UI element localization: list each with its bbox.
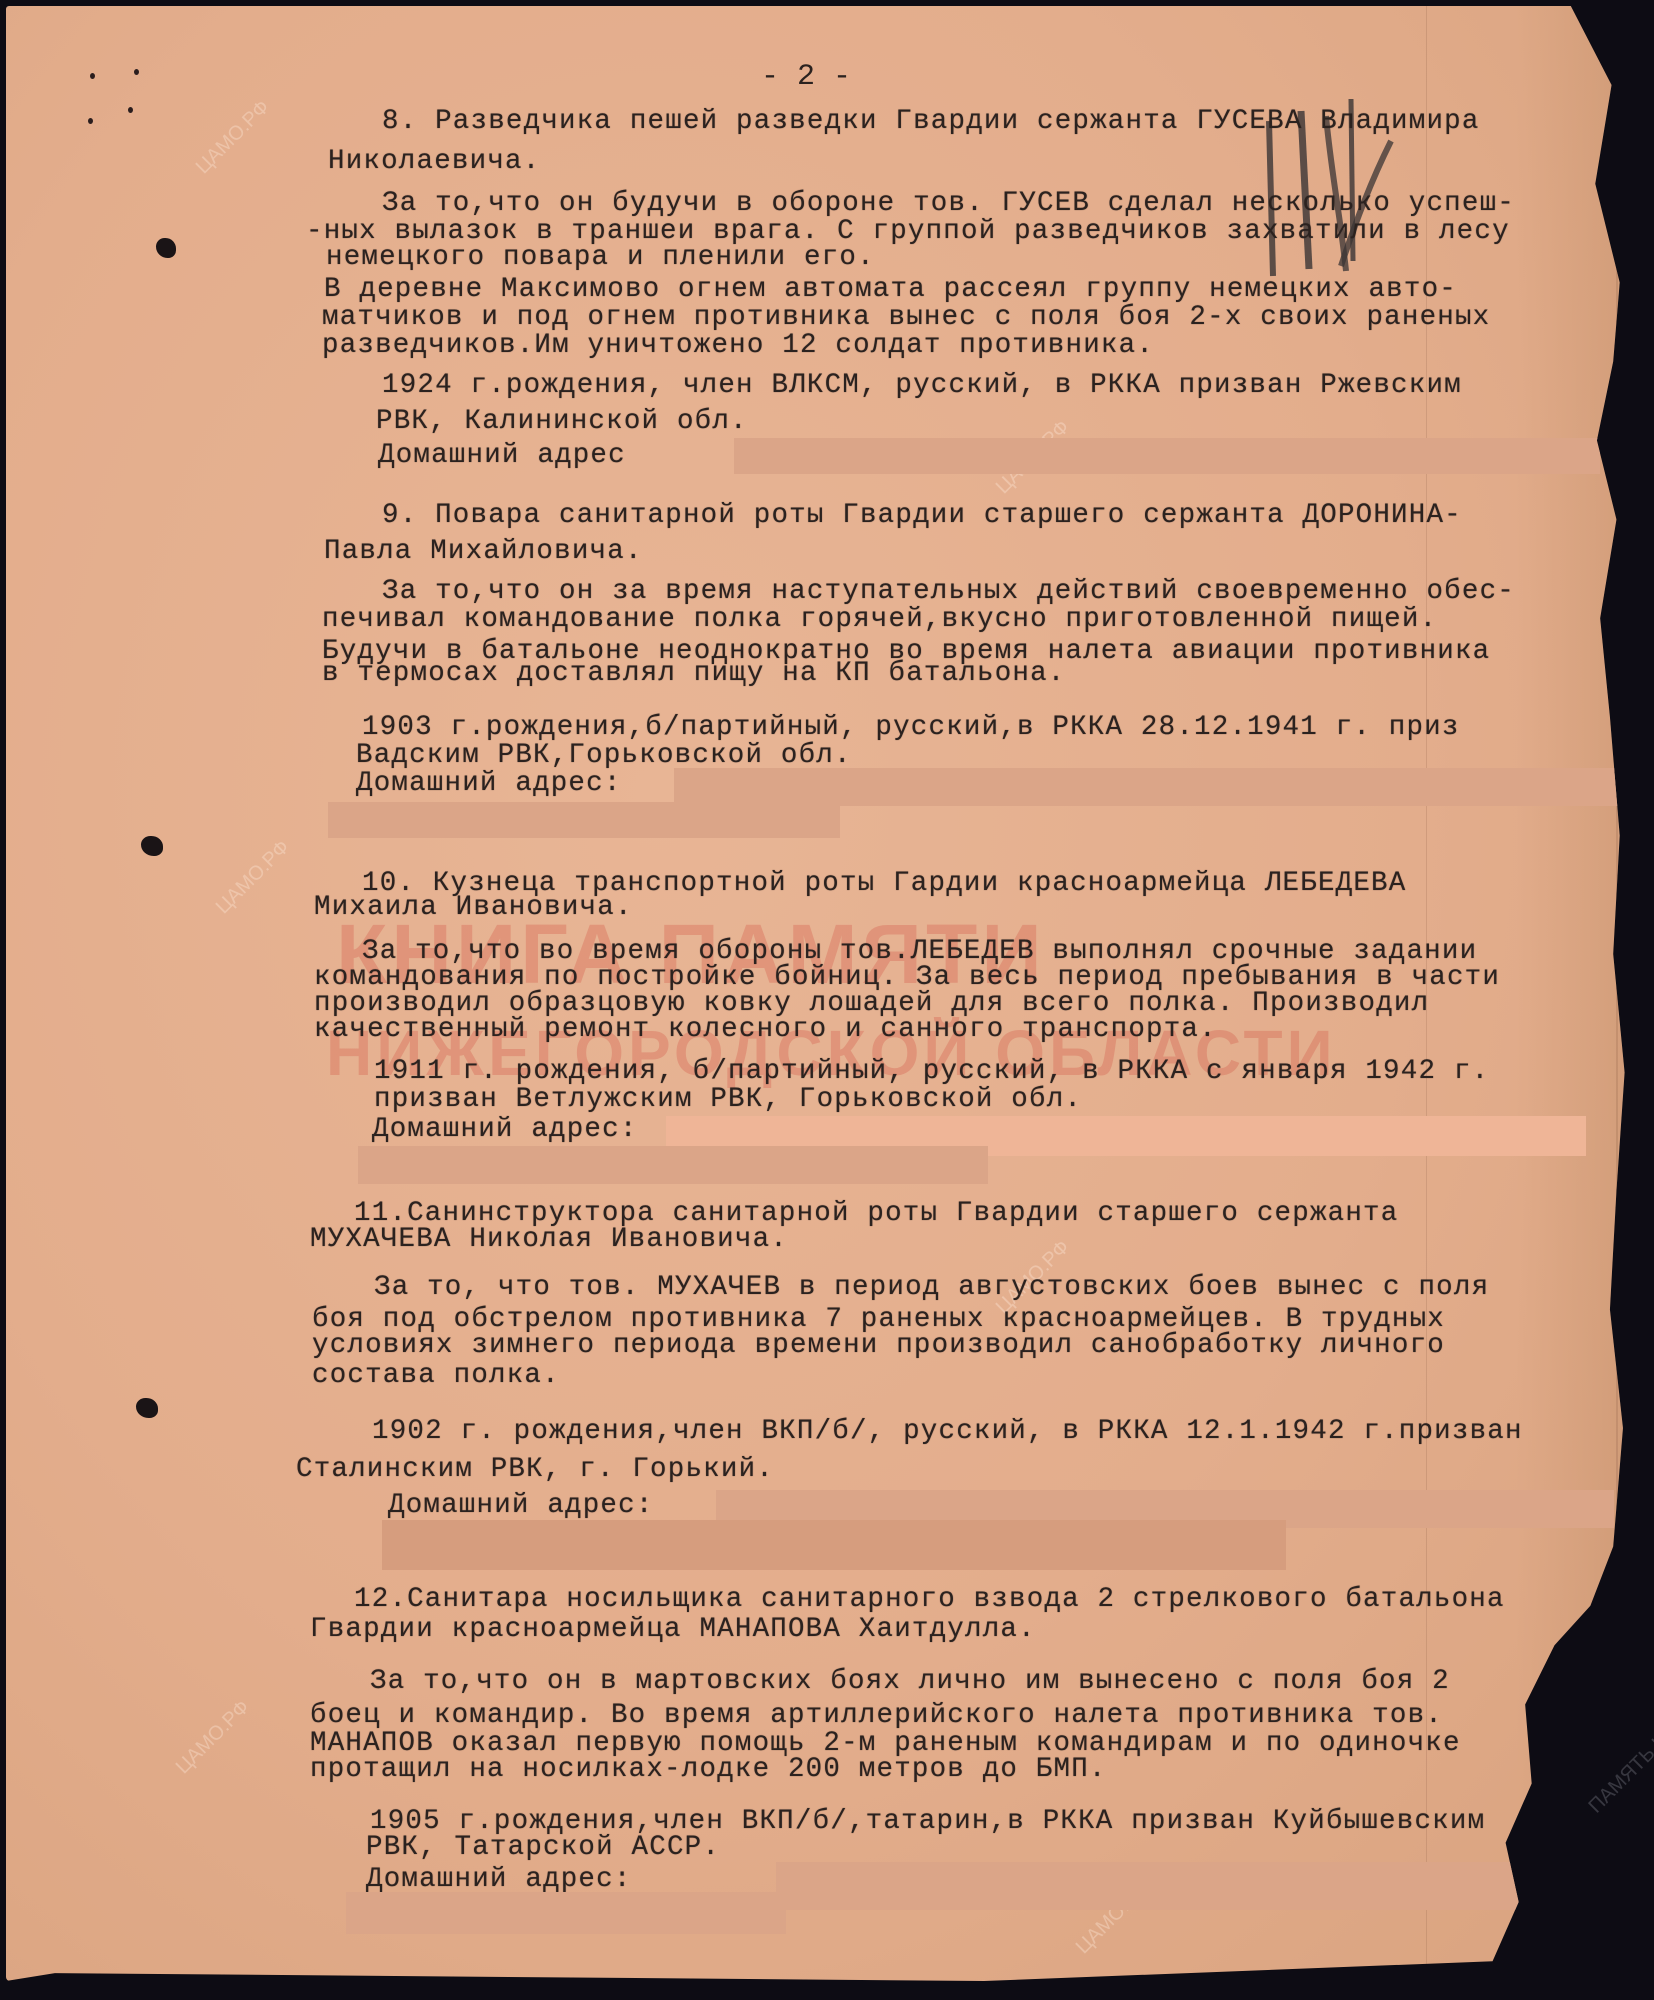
page-number: - 2 - bbox=[761, 60, 851, 94]
entry-11-line: За то, что тов. МУХАЧЕВ в период августо… bbox=[374, 1272, 1489, 1303]
entry-9-line: 1903 г.рождения,б/партийный, русский,в Р… bbox=[362, 712, 1460, 743]
entry-8-line: немецкого повара и пленили его. bbox=[326, 242, 875, 273]
redacted-address bbox=[328, 802, 840, 838]
archive-watermark: ЦАМО.РФ bbox=[192, 96, 275, 179]
punch-hole bbox=[136, 1398, 158, 1418]
entry-8-line: 8. Разведчика пешей разведки Гвардии сер… bbox=[382, 106, 1480, 137]
edge-wear bbox=[1516, 6, 1636, 1981]
entry-12-line: РВК, Татарской АССР. bbox=[366, 1832, 720, 1863]
corner-watermark: ПАМЯТЬ НАРОДА 1945 bbox=[1584, 1645, 1654, 1819]
entry-11-line: условиях зимнего периода времени произво… bbox=[312, 1330, 1445, 1361]
pin-mark bbox=[90, 73, 95, 79]
entry-12-line: протащил на носилках-лодке 200 метров до… bbox=[310, 1754, 1107, 1785]
entry-12-line: За то,что он в мартовских боях лично им … bbox=[370, 1666, 1450, 1697]
home-address-label: Домашний адрес: bbox=[372, 1114, 638, 1145]
entry-11-line: МУХАЧЕВА Николая Ивановича. bbox=[310, 1224, 788, 1255]
redacted-address bbox=[346, 1892, 786, 1934]
entry-10-line: Михаила Ивановича. bbox=[314, 892, 633, 923]
entry-11-line: Сталинским РВК, г. Горький. bbox=[296, 1454, 774, 1485]
entry-8-line: матчиков и под огнем противника вынес с … bbox=[322, 302, 1490, 333]
redacted-address bbox=[358, 1146, 988, 1184]
pin-mark bbox=[128, 107, 133, 113]
entry-9-line: 9. Повара санитарной роты Гвардии старше… bbox=[382, 500, 1462, 531]
entry-12-line: 12.Санитара носильщика санитарного взвод… bbox=[354, 1584, 1505, 1615]
redacted-address bbox=[674, 768, 1622, 806]
entry-12-line: Гвардии красноармейца МАНАПОВА Хаитдулла… bbox=[310, 1614, 1036, 1645]
entry-8-line: В деревне Максимово огнем автомата рассе… bbox=[324, 274, 1457, 305]
document-page: ЦАМО.РФ ЦАМО.РФ ЦАМО.РФ ЦАМО.РФ ЦАМО.РФ … bbox=[6, 6, 1636, 1981]
entry-9-line: Павла Михайловича. bbox=[324, 536, 643, 567]
entry-10-line: качественный ремонт колесного и санного … bbox=[314, 1014, 1217, 1045]
entry-8-line: За то,что он будучи в обороне тов. ГУСЕВ… bbox=[382, 188, 1515, 219]
redacted-address bbox=[734, 438, 1600, 474]
home-address-label: Домашний адрес bbox=[378, 440, 626, 471]
redacted-address bbox=[776, 1862, 1586, 1910]
fold-crease bbox=[1616, 6, 1618, 1966]
archive-watermark: ЦАМО.РФ bbox=[212, 836, 295, 919]
entry-11-line: 1902 г. рождения,член ВКП/б/, русский, в… bbox=[372, 1416, 1523, 1447]
entry-8-line: 1924 г.рождения, член ВЛКСМ, русский, в … bbox=[382, 370, 1462, 401]
home-address-label: Домашний адрес: bbox=[356, 768, 622, 799]
entry-9-line: печивал командование полка горячей,вкусн… bbox=[322, 604, 1437, 635]
archive-watermark: ЦАМО.РФ bbox=[172, 1696, 255, 1779]
entry-12-line: боец и командир. Во время артиллерийског… bbox=[310, 1700, 1443, 1731]
entry-8-line: Николаевича. bbox=[328, 146, 540, 177]
entry-8-line: РВК, Калининской обл. bbox=[376, 406, 748, 437]
home-address-label: Домашний адрес: bbox=[388, 1490, 654, 1521]
entry-9-line: Вадским РВК,Горьковской обл. bbox=[356, 740, 852, 771]
punch-hole bbox=[141, 836, 163, 856]
pin-mark bbox=[134, 69, 139, 75]
entry-10-line: 1911 г. рождения, б/партийный, русский, … bbox=[374, 1056, 1489, 1087]
entry-9-line: За то,что он за время наступательных дей… bbox=[382, 576, 1515, 607]
home-address-label: Домашний адрес: bbox=[366, 1864, 632, 1895]
entry-10-line: призван Ветлужским РВК, Горьковской обл. bbox=[374, 1084, 1082, 1115]
punch-hole bbox=[156, 238, 176, 258]
entry-11-line: состава полка. bbox=[312, 1360, 560, 1391]
redacted-address bbox=[382, 1520, 1286, 1570]
entry-9-line: в термосах доставлял пищу на КП батальон… bbox=[322, 658, 1066, 689]
pin-mark bbox=[88, 118, 93, 124]
entry-8-line: разведчиков.Им уничтожено 12 солдат прот… bbox=[322, 330, 1154, 361]
